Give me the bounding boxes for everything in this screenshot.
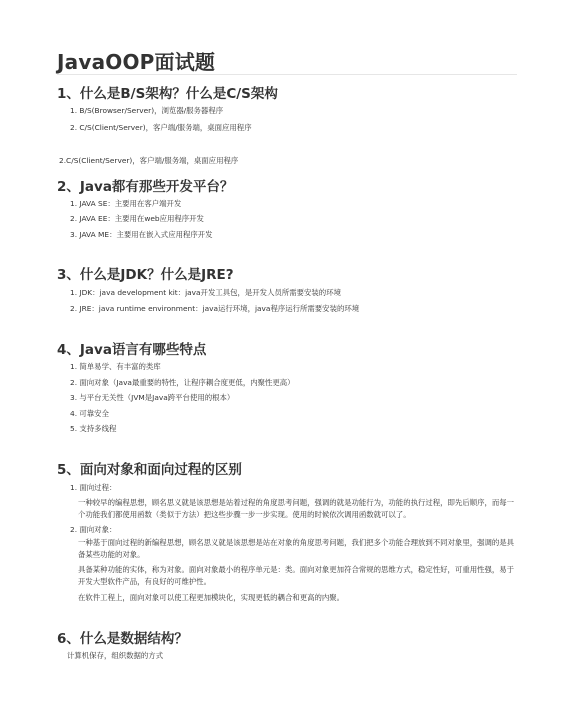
list-item: 1. B/S(Browser/Server)，浏览器/服务器程序	[70, 106, 223, 116]
paragraph: 在软件工程上，面向对象可以使工程更加模块化，实现更低的耦合和更高的内聚。	[78, 592, 518, 604]
section-1-heading: 1、什么是B/S架构？什么是C/S架构	[57, 82, 278, 102]
list-item: 2. 面向对象（Java最重要的特性，让程序耦合度更低，内聚性更高）	[70, 378, 295, 388]
list-item: 4. 可靠安全	[70, 409, 109, 419]
list-item: 5. 支持多线程	[70, 424, 116, 434]
section-4-heading: 4、Java语言有哪些特点	[57, 338, 206, 358]
list-item-label: 2. 面向对象：	[70, 525, 116, 535]
list-item: 1. JDK：java development kit：java开发工具包，是开…	[70, 288, 341, 298]
paragraph: 一种基于面向过程的新编程思想，顾名思义就是该思想是站在对象的角度思考问题，我们把…	[78, 537, 518, 561]
section-1-trailing-text: 2.C/S(Client/Server)，客户端/服务端，桌面应用程序	[59, 156, 238, 166]
list-item: 3. JAVA ME：主要用在嵌入式应用程序开发	[70, 230, 213, 240]
section-6-body: 计算机保存，组织数据的方式	[67, 651, 163, 661]
section-2-heading: 2、Java都有那些开发平台？	[57, 175, 233, 195]
paragraph: 一种较早的编程思想，顾名思义就是该思想是站着过程的角度思考问题，强调的就是功能行…	[78, 497, 518, 521]
list-item: 1. JAVA SE：主要用在客户端开发	[70, 199, 181, 209]
list-item: 3. 与平台无关性（JVM是Java跨平台使用的根本）	[70, 393, 234, 403]
list-item: 2. JAVA EE：主要用在web应用程序开发	[70, 214, 204, 224]
list-item-label: 1. 面向过程：	[70, 483, 116, 493]
section-6-heading: 6、什么是数据结构？	[57, 627, 188, 647]
section-5-heading: 5、面向对象和面向过程的区别	[57, 458, 242, 478]
section-3-heading: 3、什么是JDK？什么是JRE?	[57, 263, 234, 283]
title-divider	[57, 74, 517, 75]
list-item: 1. 简单易学、有丰富的类库	[70, 362, 161, 372]
page-title: JavaOOP面试题	[57, 46, 215, 75]
list-item: 2. JRE：java runtime environment：java运行环境…	[70, 304, 359, 314]
paragraph: 具备某种功能的实体，称为对象。面向对象最小的程序单元是：类。面向对象更加符合常规…	[78, 564, 518, 588]
list-item: 2. C/S(Client/Server)，客户端/服务端，桌面应用程序	[70, 123, 252, 133]
